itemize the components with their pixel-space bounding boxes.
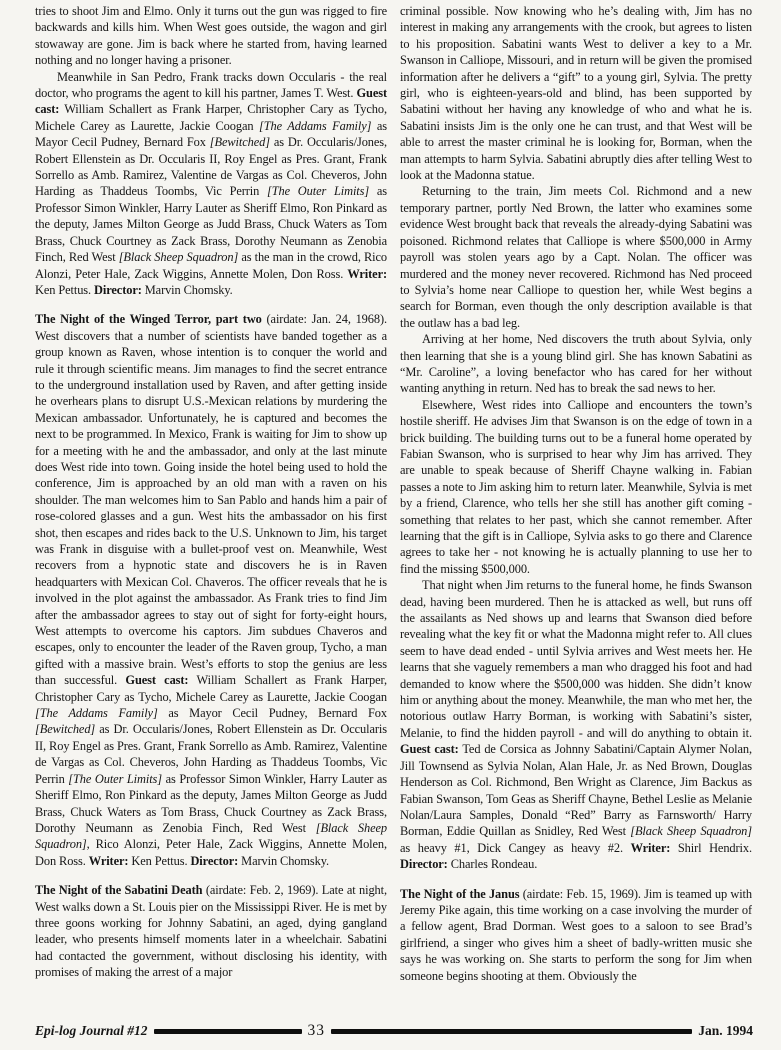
arriving-at-home-paragraph: Arriving at her home, Ned discovers the … [400,331,752,397]
footer-rule-left [154,1029,302,1034]
returning-to-train-paragraph: Returning to the train, Jim meets Col. R… [400,183,752,331]
page-number: 33 [308,1022,326,1040]
that-night-paragraph: That night when Jim returns to the funer… [400,577,752,872]
right-text-column: criminal possible. Now knowing who he’s … [400,3,752,1018]
journal-title: Epi-log Journal #12 [35,1023,148,1039]
page-footer: Epi-log Journal #12 33 Jan. 1994 [35,1020,753,1042]
story-continuation-paragraph: tries to shoot Jim and Elmo. Only it tur… [35,3,387,69]
episode-night-of-the-janus: The Night of the Janus (airdate: Feb. 15… [400,886,752,984]
article-text-columns: tries to shoot Jim and Elmo. Only it tur… [35,3,752,1018]
san-pedro-paragraph: Meanwhile in San Pedro, Frank tracks dow… [35,69,387,299]
episode-night-of-the-sabatini-death: The Night of the Sabatini Death (airdate… [35,882,387,980]
elsewhere-west-paragraph: Elsewhere, West rides into Calliope and … [400,397,752,577]
left-text-column: tries to shoot Jim and Elmo. Only it tur… [35,3,387,1018]
episode-night-of-the-winged-terror-part-two: The Night of the Winged Terror, part two… [35,311,387,869]
magazine-page: tries to shoot Jim and Elmo. Only it tur… [0,0,781,1050]
issue-date: Jan. 1994 [698,1023,753,1039]
footer-rule-right [331,1029,692,1034]
criminal-possible-continuation-paragraph: criminal possible. Now knowing who he’s … [400,3,752,183]
